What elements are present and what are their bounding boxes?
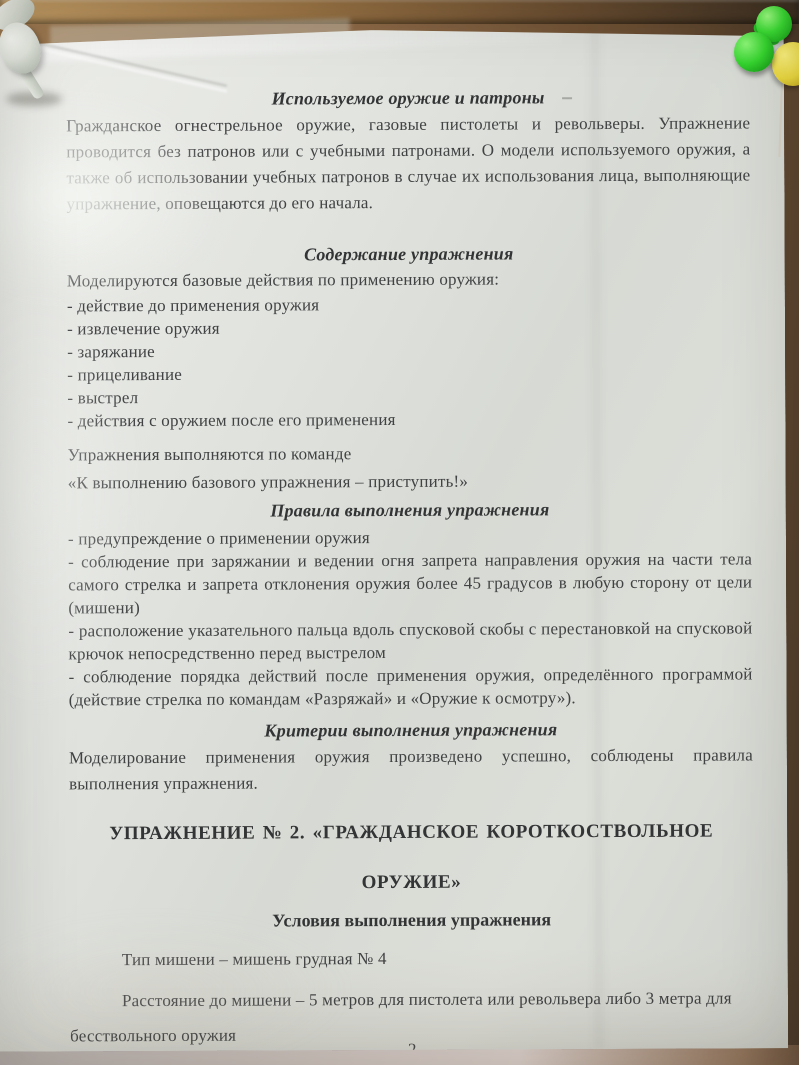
command-intro: Упражнения выполняются по команде [68,438,752,469]
contents-item: - действие до применения оружия [67,291,751,317]
section-contents-title: Содержание упражнения [67,242,751,266]
rules-item: - соблюдение порядка действий после прим… [69,662,753,711]
photo-of-pinned-document: { "page": { "number": "2" }, "doc": { "w… [0,0,799,1065]
section-rules-title: Правила выполнения упражнения [68,498,752,522]
contents-list: - действие до применения оружия - извлеч… [67,291,752,432]
exercise2-heading-line1: УПРАЖНЕНИЕ № 2. «ГРАЖДАНСКОЕ КОРОТКОСТВО… [69,806,753,859]
section-weapons-title: Используемое оружие и патроны [66,86,750,110]
rules-item: - расположение указательного пальца вдол… [68,616,752,665]
contents-item: - выстрел [67,383,751,409]
rules-list: - предупреждение о применении оружия - с… [68,524,753,711]
document-page: Используемое оружие и патроны Гражданско… [0,28,788,1051]
wood-frame [0,0,799,26]
contents-item: - действия с оружием после его применени… [67,406,751,432]
contents-item: - извлечение оружия [67,314,751,340]
document-content: Используемое оружие и патроны Гражданско… [66,28,754,1051]
pen-mark [562,97,572,99]
contents-item: - прицеливание [67,360,751,386]
conditions-title: Условия выполнения упражнения [70,908,754,932]
section-weapons-body: Гражданское огнестрельное оружие, газовы… [66,110,750,217]
exercise2-heading: УПРАЖНЕНИЕ № 2. «ГРАЖДАНСКОЕ КОРОТКОСТВО… [69,806,753,909]
section-criteria-title: Критерии выполнения упражнения [69,718,753,742]
rules-item: - соблюдение при заряжании и ведении огн… [68,547,752,619]
conditions-target-type: Тип мишени – мишень грудная № 4 [70,944,754,973]
criteria-body: Моделирование применения оружия произвед… [69,742,753,797]
rules-item: - предупреждение о применении оружия [68,524,752,550]
exercise2-heading-line2: ОРУЖИЕ» [69,856,753,909]
contents-intro: Моделируются базовые действия по примене… [67,268,751,291]
command-block: Упражнения выполняются по команде «К вып… [68,438,752,497]
green-push-pin [734,32,774,72]
command-line: «К выполнению базового упражнения – прис… [68,466,752,497]
contents-item: - заряжание [67,337,751,363]
